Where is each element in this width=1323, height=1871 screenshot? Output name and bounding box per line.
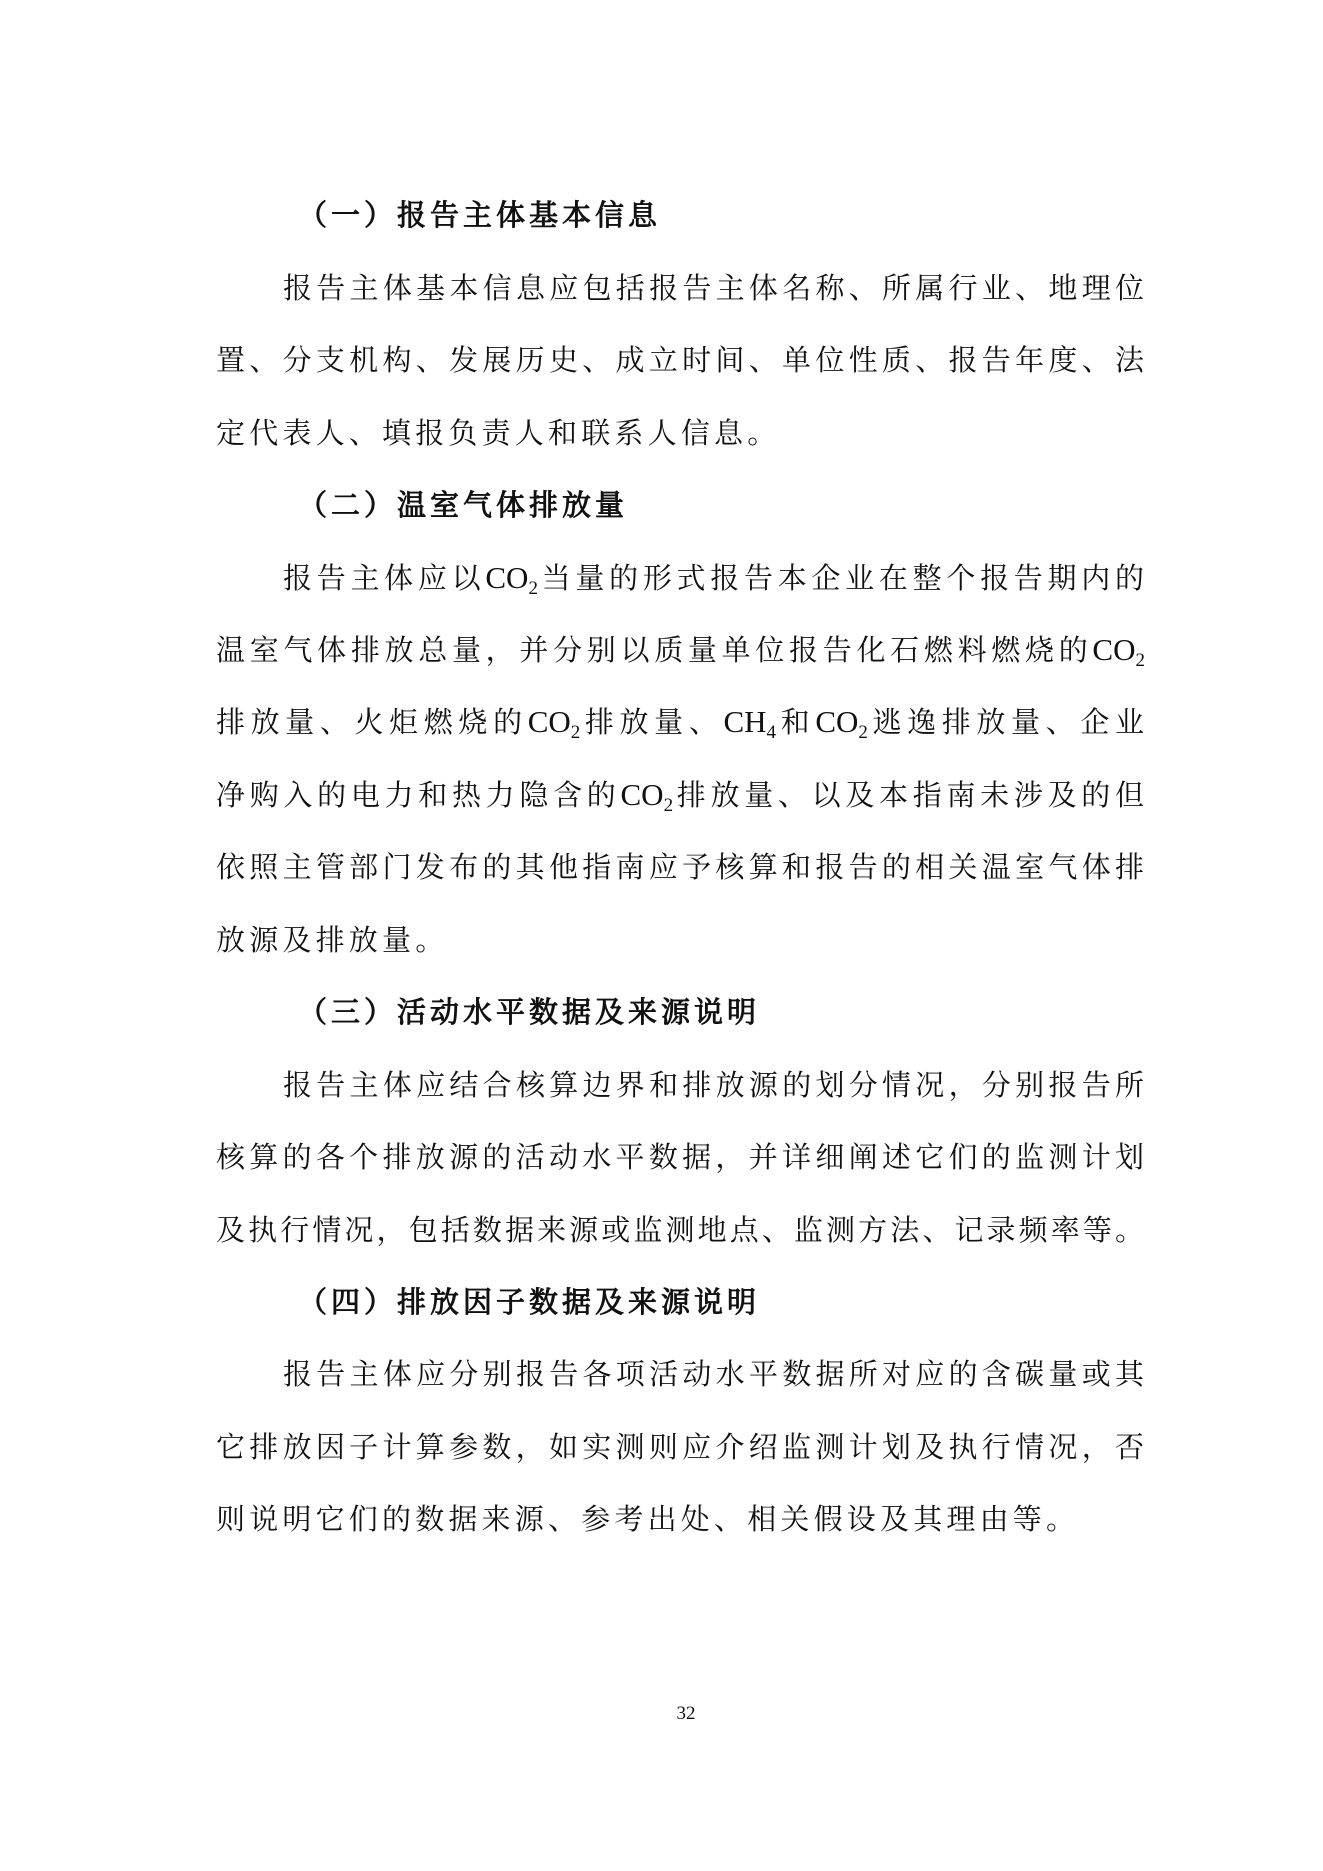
paragraph-line: 报告主体应分别报告各项活动水平数据所对应的含碳量或其 [216,1354,1145,1394]
page-number: 32 [666,1703,706,1725]
paragraph-line: 报告主体基本信息应包括报告主体名称、所属行业、地理位 [216,268,1145,308]
section-heading-3: （三）活动水平数据及来源说明 [298,992,760,1032]
chemical-formula: CO2 [485,560,538,595]
section-heading-1: （一）报告主体基本信息 [298,195,661,235]
document-page: （一）报告主体基本信息 报告主体基本信息应包括报告主体名称、所属行业、地理位 置… [0,0,1323,1871]
chemical-formula: CO2 [1092,632,1145,667]
paragraph-line: 排放量、火炬燃烧的CO2排放量、CH4和CO2逃逸排放量、企业 [216,702,1145,742]
paragraph-line: 核算的各个排放源的活动水平数据，并详细阐述它们的监测计划 [216,1137,1145,1177]
paragraph-line: 依照主管部门发布的其他指南应予核算和报告的相关温室气体排 [216,847,1145,887]
chemical-formula: CO2 [528,704,581,739]
paragraph-line: 及执行情况，包括数据来源或监测地点、监测方法、记录频率等。 [216,1210,1145,1250]
paragraph-line: 它排放因子计算参数，如实测则应介绍监测计划及执行情况，否 [216,1427,1145,1467]
paragraph-line: 定代表人、填报负责人和联系人信息。 [216,413,1145,453]
chemical-formula: CO2 [621,777,674,812]
chemical-formula: CH4 [723,704,776,739]
paragraph-line: 则说明它们的数据来源、参考出处、相关假设及其理由等。 [216,1499,1145,1539]
chemical-formula: CO2 [815,704,868,739]
paragraph-line: 报告主体应结合核算边界和排放源的划分情况，分别报告所 [216,1065,1145,1105]
section-heading-4: （四）排放因子数据及来源说明 [298,1282,760,1322]
paragraph-line: 放源及排放量。 [216,920,1145,960]
paragraph-line: 净购入的电力和热力隐含的CO2排放量、以及本指南未涉及的但 [216,775,1145,815]
paragraph-line: 报告主体应以CO2当量的形式报告本企业在整个报告期内的 [216,558,1145,598]
paragraph-line: 置、分支机构、发展历史、成立时间、单位性质、报告年度、法 [216,340,1145,380]
section-heading-2: （二）温室气体排放量 [298,485,628,525]
paragraph-line: 温室气体排放总量，并分别以质量单位报告化石燃料燃烧的CO2 [216,630,1145,670]
